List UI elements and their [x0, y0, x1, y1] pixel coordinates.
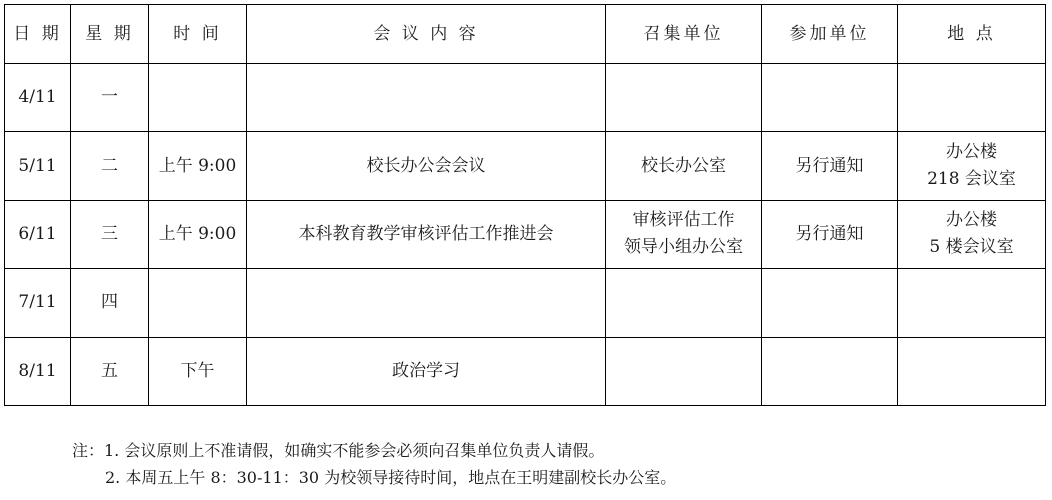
cell-participants: 另行通知 — [762, 132, 898, 200]
header-participants: 参加单位 — [762, 5, 898, 64]
cell-weekday: 二 — [71, 132, 149, 200]
cell-weekday: 五 — [71, 337, 149, 405]
cell-time: 下午 — [149, 337, 247, 405]
cell-date: 6/11 — [5, 200, 71, 268]
cell-convener — [606, 64, 762, 132]
cell-weekday: 一 — [71, 64, 149, 132]
cell-time — [149, 269, 247, 337]
note-line: 2. 本周五上午 8：30-11：30 为校领导接待时间，地点在王明建副校长办公… — [72, 464, 676, 491]
cell-participants — [762, 269, 898, 337]
convener-line: 审核评估工作 — [606, 207, 761, 234]
meeting-schedule-table: 日 期 星 期 时 间 会 议 内 容 召集单位 参加单位 地 点 4/11 一… — [4, 4, 1046, 406]
cell-content — [247, 64, 606, 132]
header-weekday: 星 期 — [71, 5, 149, 64]
cell-convener — [606, 337, 762, 405]
cell-content: 校长办公会会议 — [247, 132, 606, 200]
table-header-row: 日 期 星 期 时 间 会 议 内 容 召集单位 参加单位 地 点 — [5, 5, 1046, 64]
cell-content — [247, 269, 606, 337]
cell-convener: 校长办公室 — [606, 132, 762, 200]
cell-time: 上午 9:00 — [149, 132, 247, 200]
table-row: 8/11 五 下午 政治学习 — [5, 337, 1046, 405]
location-line: 218 会议室 — [898, 166, 1045, 193]
cell-time — [149, 64, 247, 132]
convener-line: 领导小组办公室 — [606, 234, 761, 261]
location-line: 5 楼会议室 — [898, 234, 1045, 261]
cell-date: 5/11 — [5, 132, 71, 200]
location-line: 办公楼 — [898, 207, 1045, 234]
cell-time: 上午 9:00 — [149, 200, 247, 268]
cell-weekday: 四 — [71, 269, 149, 337]
header-time: 时 间 — [149, 5, 247, 64]
cell-convener — [606, 269, 762, 337]
cell-participants — [762, 64, 898, 132]
cell-location: 办公楼 5 楼会议室 — [898, 200, 1046, 268]
cell-date: 7/11 — [5, 269, 71, 337]
header-date: 日 期 — [5, 5, 71, 64]
header-location: 地 点 — [898, 5, 1046, 64]
table-row: 7/11 四 — [5, 269, 1046, 337]
table-row: 6/11 三 上午 9:00 本科教育教学审核评估工作推进会 审核评估工作 领导… — [5, 200, 1046, 268]
header-meeting-content: 会 议 内 容 — [247, 5, 606, 64]
cell-participants — [762, 337, 898, 405]
cell-location: 办公楼 218 会议室 — [898, 132, 1046, 200]
convener-line: 校长办公室 — [606, 153, 761, 180]
cell-content: 本科教育教学审核评估工作推进会 — [247, 200, 606, 268]
cell-date: 4/11 — [5, 64, 71, 132]
cell-convener: 审核评估工作 领导小组办公室 — [606, 200, 762, 268]
header-convener: 召集单位 — [606, 5, 762, 64]
cell-weekday: 三 — [71, 200, 149, 268]
cell-location — [898, 64, 1046, 132]
location-line: 办公楼 — [898, 139, 1045, 166]
cell-location — [898, 269, 1046, 337]
cell-participants: 另行通知 — [762, 200, 898, 268]
notes-section: 注：1. 会议原则上不准请假，如确实不能参会必须向召集单位负责人请假。 2. 本… — [72, 437, 676, 491]
cell-content: 政治学习 — [247, 337, 606, 405]
cell-date: 8/11 — [5, 337, 71, 405]
note-line: 注：1. 会议原则上不准请假，如确实不能参会必须向召集单位负责人请假。 — [72, 437, 676, 464]
cell-location — [898, 337, 1046, 405]
table-row: 4/11 一 — [5, 64, 1046, 132]
table-row: 5/11 二 上午 9:00 校长办公会会议 校长办公室 另行通知 办公楼 21… — [5, 132, 1046, 200]
